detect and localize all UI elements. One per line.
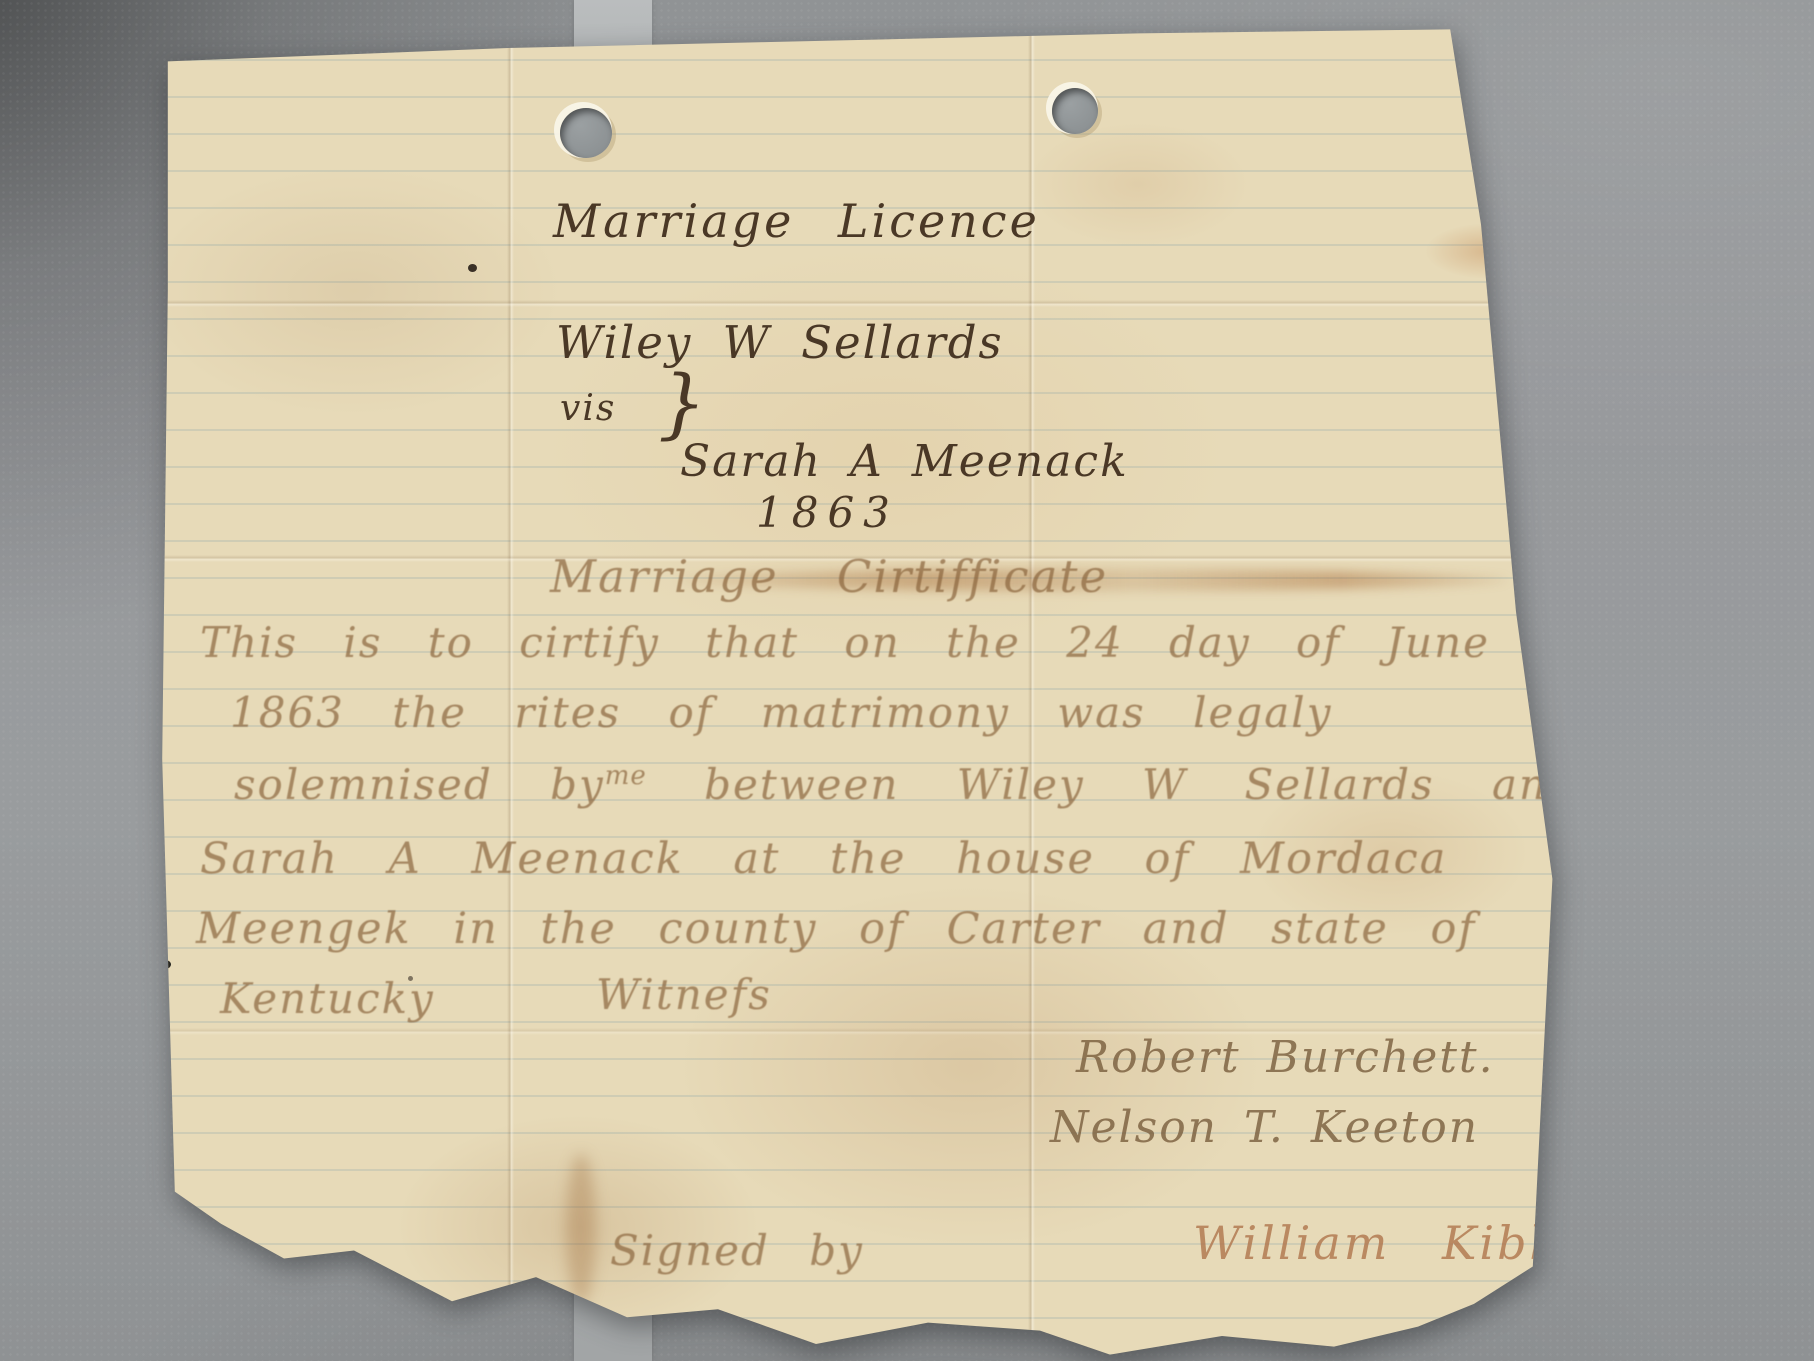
license-year: 1863 <box>756 488 899 537</box>
groom-name: Wiley W Sellards <box>556 316 1004 369</box>
certificate-line-5: Meengek in the county of Carter and stat… <box>196 904 1476 954</box>
line3-start: solemnised by <box>234 760 605 809</box>
line3-end: between Wiley W Sellards and <box>704 760 1577 809</box>
certificate-line-4: Sarah A Meenack at the house of Mordaca <box>200 834 1447 884</box>
officiant-signature: William Kibbey <box>1193 1216 1621 1270</box>
punch-hole-left <box>560 108 612 158</box>
ink-speck <box>468 264 477 272</box>
fold-stain-bottom <box>566 1154 596 1304</box>
document-paper-wrapper: Marriage Licence Wiley W Sellards vis } … <box>158 24 1558 1360</box>
signed-by-label: Signed by <box>610 1226 864 1275</box>
witness-label: Witnefs <box>596 970 772 1019</box>
certificate-line-2: 1863 the rites of matrimony was legaly <box>230 688 1332 737</box>
certificate-line-3: solemnised byme between Wiley W Sellards… <box>234 760 1577 809</box>
ink-speck <box>160 960 171 969</box>
versus-label: vis <box>560 388 616 429</box>
certificate-line-6: Kentucky <box>220 974 435 1023</box>
document-paper: Marriage Licence Wiley W Sellards vis } … <box>158 24 1558 1360</box>
bride-name: Sarah A Meenack <box>680 436 1129 487</box>
witness-signature-2: Nelson T. Keeton <box>1050 1102 1479 1153</box>
brace-mark: } <box>658 358 708 447</box>
certificate-heading: Marriage Cirtifficate <box>550 550 1108 603</box>
punch-hole-right <box>1052 88 1098 134</box>
line3-superscript: me <box>605 761 647 791</box>
horizontal-fold-crease-top <box>158 300 1558 307</box>
witness-signature-1: Robert Burchett. <box>1076 1032 1495 1083</box>
certificate-line-1: This is to cirtify that on the 24 day of… <box>200 618 1490 667</box>
license-title: Marriage Licence <box>553 194 1040 248</box>
